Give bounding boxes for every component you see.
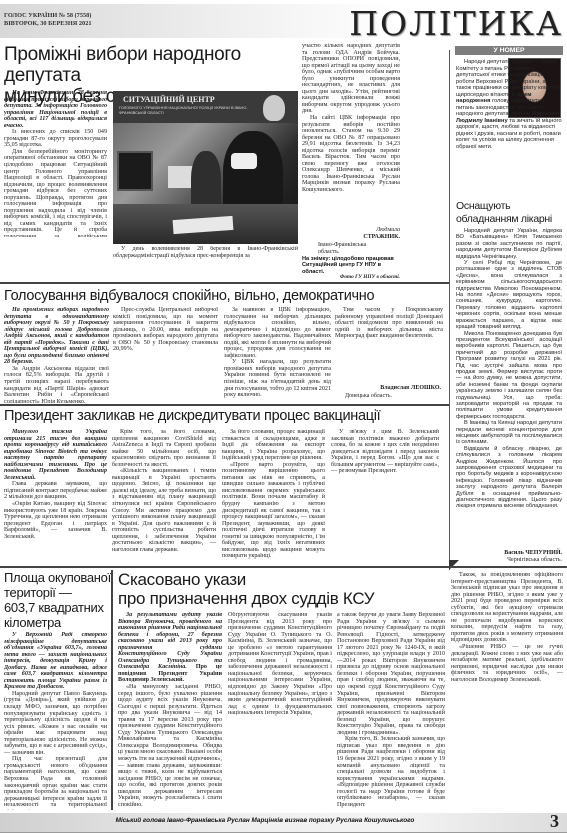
paragraph: «Рішення РНБО — це не гучні декларації. … [451, 644, 563, 683]
article5-col2: Обґрунтовуючи скасування указів Президен… [228, 612, 332, 810]
paragraph: У зв'язку з цим В. Зеленський закликав п… [331, 429, 439, 475]
headline-line: території — [4, 585, 114, 600]
birthday-greeting: Народні депутати України — члени Комітет… [456, 59, 562, 194]
paragraph: Під час презентації для громадськості но… [4, 756, 107, 810]
article1-photo-caption: На знімку: цілодобово працював Ситуаційн… [302, 256, 400, 275]
article2-headline: Голосування відбувалося спокійно, вільно… [4, 287, 449, 305]
paragraph: У ЦВК нагадали, що результати проміжних … [224, 359, 331, 398]
footer-teaser[interactable]: Міський голова Івано-Франківська Руслан … [0, 817, 530, 824]
paragraph: Обґрунтовуючи скасування указів Президен… [228, 612, 332, 717]
article2-col1: На проміжних виборах народного депутата … [4, 307, 109, 403]
article3-headline: Президент закликав не дискредитувати про… [4, 407, 449, 425]
divider [0, 566, 567, 568]
article5-col4: Також, за повідомленням офіційного інтер… [451, 572, 563, 790]
article1-col3: участю кількох народних депутатів та гол… [302, 43, 400, 218]
headline-line: Скасовано укази [118, 570, 448, 589]
paragraph: Відвідали й обласну лікарню, де спілкува… [456, 446, 562, 510]
paragraph: «Проте варто розуміти, що позитивному ви… [222, 462, 325, 560]
article2-author: Владислав ЛЕОШКО. [335, 385, 441, 391]
paragraph: Для безперебійного моніторингу оперативн… [4, 149, 107, 237]
headline-line: Проміжні вибори народного депутата [4, 44, 304, 86]
article2-col2: Прес-служба Центральної виборчої комісії… [113, 307, 218, 403]
article2-col3: За наявною в ЦВК інформацією, голосуванн… [224, 307, 331, 403]
masthead-date: ВІВТОРОК, 30 БЕРЕЗНЯ 2021 [4, 20, 92, 27]
headline-line: обладнанням лікарні [456, 213, 566, 226]
headline-line: про призначення двох суддів КСУ [118, 589, 448, 608]
sidebar-header: У НОМЕР [455, 46, 563, 55]
paragraph: Крім того, за його словами, щеплення вак… [112, 429, 216, 468]
article1-author: Людмила СТРАЖНИК. [302, 227, 400, 240]
article5-col3: а також беручи до уваги Заяву Верховної … [337, 612, 445, 810]
headline-line: кілометра [4, 615, 114, 630]
paragraph: Глава держави зауважив, що підписаний ко… [4, 481, 107, 501]
paragraph: Прес-служба Центральної виборчої комісії… [113, 307, 218, 353]
article3-col2: Крім того, за його словами, щеплення вак… [112, 429, 216, 564]
article3-lead: Минулого тижня Україна отримала 215 тися… [4, 429, 107, 481]
lead-text: За результатами аудиту указів Віктора Ян… [118, 612, 222, 670]
article1-col1: На Івано-Франківщині 28 березня відбулис… [4, 90, 107, 237]
article3-col4: У зв'язку з цим В. Зеленський закликав п… [331, 429, 439, 564]
article3-col3: За його словами, процес вакцинації стика… [222, 429, 325, 564]
headline-line: 603,7 квадратних [4, 600, 114, 615]
article1-photo-caption-cont: У день волевиявлення 28 березня в Івано-… [113, 246, 298, 260]
paragraph: За його словами, процес вакцинації стика… [222, 429, 325, 462]
sidebar-divider [449, 50, 450, 570]
article2-region: Донецька область. [345, 393, 392, 399]
article1-lead: На Івано-Франківщині 28 березня відбулис… [4, 90, 107, 129]
headline-line: Оснащують [456, 200, 566, 213]
paragraph: Із внесених до списків 150 049 громадян … [4, 129, 107, 149]
article1-photo-credit: Фото ГУ НПУ в області. [302, 274, 400, 280]
article2-col4: Тим часом у Покровському районному управ… [335, 307, 443, 383]
paragraph: а також беручи до уваги Заяву Верховної … [337, 612, 445, 736]
paragraph: За Андрія Аксьонова віддали свої голоси … [4, 366, 109, 403]
article2-lead: На проміжних виборах народного депутата … [4, 307, 109, 366]
paragraph: У селі Рябці під Черніговом, де розташов… [456, 260, 562, 330]
paragraph: На сайті ЦВК інформація про результати в… [302, 115, 400, 194]
paragraph: За наявною в ЦВК інформацією, голосуванн… [224, 307, 331, 359]
article4-headline: Площа окупованої території — 603,7 квадр… [4, 570, 114, 630]
hospital-headline: Оснащують обладнанням лікарні [456, 200, 566, 226]
page-number: 3 [550, 811, 559, 832]
photo-banner-subtitle: ГОЛОВНОГО УПРАВЛІННЯ НАЦІОНАЛЬНОЇ ПОЛІЦІ… [119, 106, 259, 116]
article4-body: У Верховній Раді створено міжфракційне д… [4, 632, 107, 810]
paragraph: «На минулому засіданні РНБО, серед іншог… [118, 684, 222, 808]
paragraph: участю кількох народних депутатів та гол… [302, 43, 400, 115]
headline-line: Площа окупованої [4, 570, 114, 585]
hospital-author: Василь ЧЕПУРНИЙ. [456, 550, 562, 556]
paragraph: Народний депутат Павло Бакунець (група «… [4, 691, 107, 756]
hospital-region: Чернігівська область. [456, 557, 562, 563]
section-title: ПОЛІТИКА [349, 4, 563, 43]
article3-col1: Минулого тижня Україна отримала 215 тися… [4, 429, 107, 564]
divider [0, 404, 449, 406]
article1-region: Івано-Франківська область. [318, 242, 378, 256]
photo-banner-title: СИТУАЦІЙНИЙ ЦЕНТР [123, 95, 215, 104]
article1-photo: СИТУАЦІЙНИЙ ЦЕНТР ГОЛОВНОГО УПРАВЛІННЯ Н… [113, 91, 298, 244]
greeting-text: Народні депутати України — члени Комітет… [456, 59, 560, 98]
paragraph: «Кількість вакцинованих і темпи вакцинац… [112, 468, 216, 553]
article5-lead: За результатами аудиту указів Віктора Ян… [118, 612, 222, 684]
paragraph: Тим часом у Покровському районному управ… [335, 307, 443, 340]
paragraph: Також, за повідомленням офіційного інтер… [451, 572, 563, 644]
paragraph: Крім того, В. Зеленський зазначив, що пі… [337, 736, 445, 808]
paragraph: Народний депутат України, лідерка ВО «Ба… [456, 228, 562, 260]
author-last-name: СТРАЖНИК. [302, 234, 400, 241]
article4-lead: У Верховній Раді створено міжфракційне д… [4, 632, 107, 691]
paragraph: Микола Пономаренко донедавна був президе… [456, 331, 562, 421]
divider [0, 282, 449, 284]
sidebar-page-curl [449, 560, 459, 570]
paragraph: В Іванівці та Киянці народні депутати пе… [456, 420, 562, 446]
article5-headline: Скасовано укази про призначення двох суд… [118, 570, 448, 608]
article5-col1: За результатами аудиту указів Віктора Ян… [118, 612, 222, 810]
paragraph: «Окрім Китаю, вакцину від Sinovac викори… [4, 501, 107, 540]
hospital-article-body: Народний депутат України, лідерка ВО «Ба… [456, 228, 562, 551]
column-divider [111, 570, 113, 810]
masthead-paper-line: ГОЛОС УКРАЇНИ № 58 (7558) [4, 12, 91, 19]
